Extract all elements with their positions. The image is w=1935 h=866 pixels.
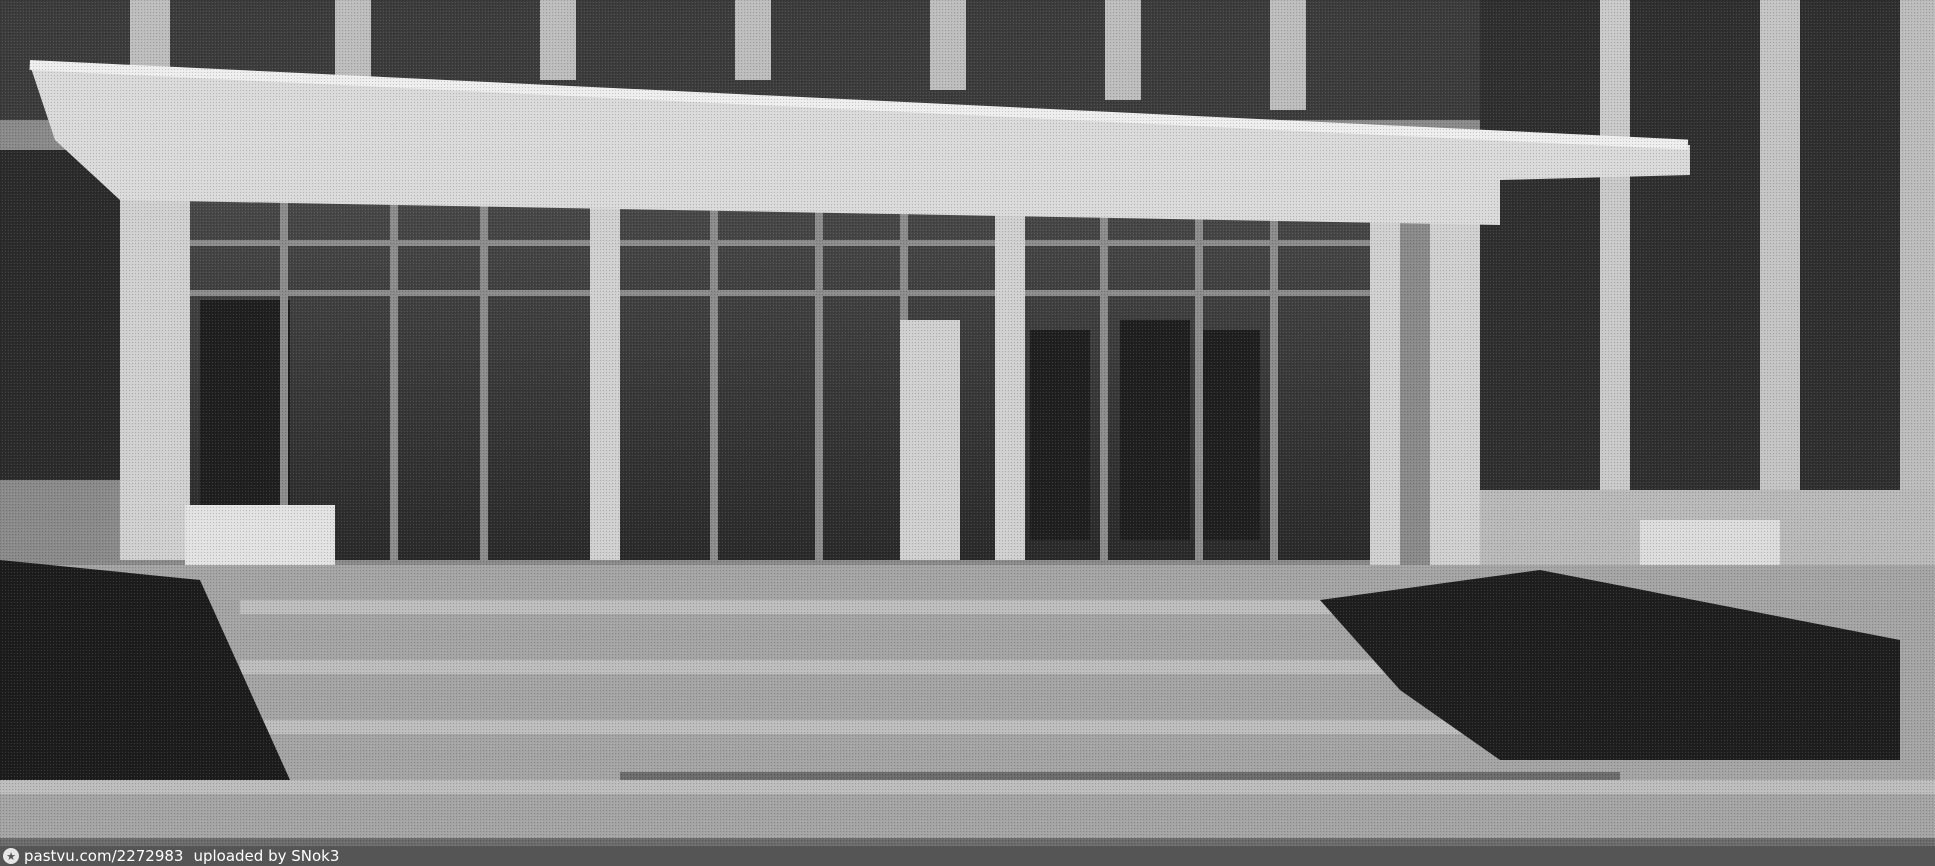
building-entrance-photo: [0, 0, 1935, 846]
caption-bar: ★ pastvu.com/2272983 uploaded by SNok3: [0, 846, 1935, 866]
star-icon: ★: [3, 848, 19, 864]
photograph: [0, 0, 1935, 846]
uploader-credit: uploaded by SNok3: [193, 847, 339, 865]
source-link[interactable]: pastvu.com/2272983: [24, 847, 183, 865]
